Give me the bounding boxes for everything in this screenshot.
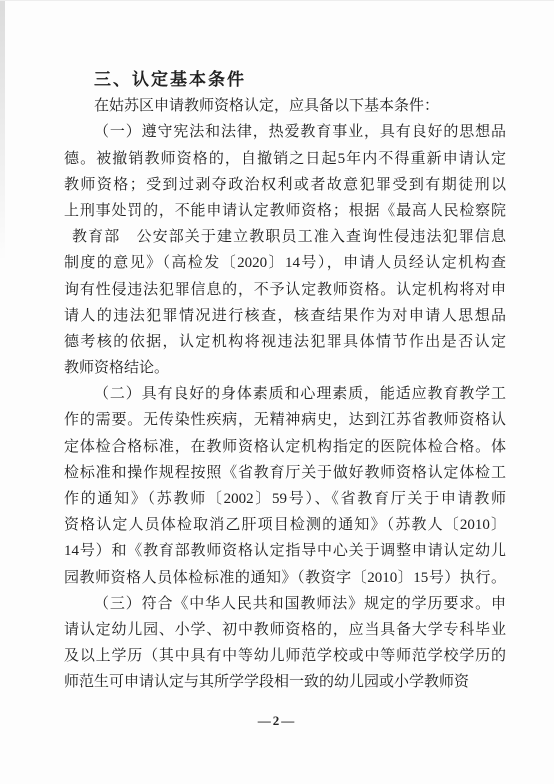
text-line: 园教师资格人员体检标准的通知》（教资字〔2010〕15号）执行。 <box>64 565 506 591</box>
text-line: 德考核的依据，认定机构将视违法犯罪具体情节作出是否认定 <box>64 329 506 355</box>
text-line: 教育部 公安部关于建立教职员工准入查询性侵违法犯罪信息 <box>64 224 506 250</box>
text-line: 检标准和操作规程按照《省教育厅关于做好教师资格认定体检工 <box>64 460 506 486</box>
text-line: 制度的意见》（高检发〔2020〕14号），申请人员经认定机构查 <box>64 250 506 276</box>
text-line: 定体检合格标准，在教师资格认定机构指定的医院体检合格。体 <box>64 434 506 460</box>
text-line: 资格认定人员体检取消乙肝项目检测的通知》（苏教人〔2010〕 <box>64 512 506 538</box>
text-line: 及以上学历（其中具有中等幼儿师范学校或中等师范学校学历的 <box>64 643 506 669</box>
section-heading: 三、认定基本条件 <box>64 67 506 93</box>
text-line: （三）符合《中华人民共和国教师法》规定的学历要求。申 <box>64 591 506 617</box>
text-line: 德。被撤销教师资格的，自撤销之日起5年内不得重新申请认定 <box>64 146 506 172</box>
page-number: —2— <box>0 713 554 729</box>
text-line: （一）遵守宪法和法律，热爱教育事业，具有良好的思想品 <box>64 119 506 145</box>
text-line: 14号）和《教育部教师资格认定指导中心关于调整申请认定幼儿 <box>64 538 506 564</box>
text-line: 教师资格结论。 <box>64 355 506 381</box>
text-line: 请人的违法犯罪情况进行核查，核查结果作为对申请人思想品 <box>64 303 506 329</box>
text-line: 教师资格；受到过剥夺政治权利或者故意犯罪受到有期徒刑以 <box>64 172 506 198</box>
document-body: 三、认定基本条件 在姑苏区申请教师资格认定，应具备以下基本条件：（一）遵守宪法和… <box>64 67 506 696</box>
text-line: 请认定幼儿园、小学、初中教师资格的，应当具备大学专科毕业 <box>64 617 506 643</box>
text-line: 作的通知》（苏教师〔2002〕59号）、《省教育厅关于申请教师 <box>64 486 506 512</box>
text-line: 师范生可申请认定与其所学学段相一致的幼儿园或小学教师资 <box>64 669 506 695</box>
text-line: 询有性侵违法犯罪信息的，不予认定教师资格。认定机构将对申 <box>64 277 506 303</box>
body-text: 在姑苏区申请教师资格认定，应具备以下基本条件：（一）遵守宪法和法律，热爱教育事业… <box>64 93 506 695</box>
text-line: 作的需要。无传染性疾病，无精神病史，达到江苏省教师资格认 <box>64 407 506 433</box>
text-line: 上刑事处罚的，不能申请认定教师资格；根据《最高人民检察院 <box>64 198 506 224</box>
text-line: （二）具有良好的身体素质和心理素质，能适应教育教学工 <box>64 381 506 407</box>
scan-edge-shadow <box>0 1 5 261</box>
document-page: 三、认定基本条件 在姑苏区申请教师资格认定，应具备以下基本条件：（一）遵守宪法和… <box>0 0 554 784</box>
text-line: 在姑苏区申请教师资格认定，应具备以下基本条件： <box>64 93 506 119</box>
